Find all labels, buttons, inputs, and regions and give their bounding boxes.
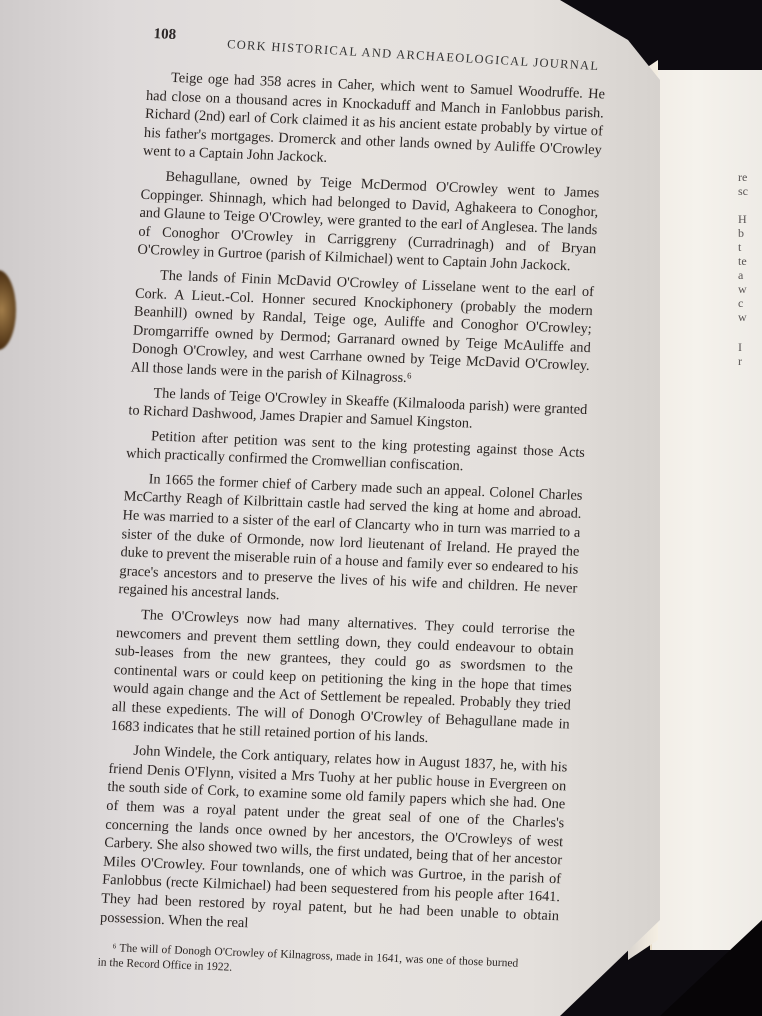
- right-page-text-fragment: a: [738, 268, 743, 282]
- paragraph: John Windele, the Cork antiquary, relate…: [100, 741, 568, 944]
- right-page-text-fragment: I: [738, 340, 742, 354]
- right-page-text-fragment: b: [738, 226, 744, 240]
- photo-scene: re sc H b t te a w c w I r 108 CORK HIST…: [0, 0, 762, 1016]
- body-text: Teige oge had 358 acres in Caher, which …: [97, 68, 605, 988]
- right-page-text-fragment: te: [738, 254, 747, 268]
- page-number: 108: [153, 26, 176, 44]
- paragraph: In 1665 the former chief of Carbery made…: [118, 469, 583, 617]
- right-page-text-fragment: w: [738, 282, 747, 296]
- right-page-text-fragment: r: [738, 354, 742, 368]
- running-head: CORK HISTORICAL AND ARCHAEOLOGICAL JOURN…: [227, 37, 600, 74]
- right-page-text-fragment: t: [738, 240, 741, 254]
- right-page-text-fragment: w: [738, 310, 747, 324]
- right-page-text-fragment: H: [738, 212, 747, 226]
- right-page-text-fragment: c: [738, 296, 743, 310]
- page-text-block: 108 CORK HISTORICAL AND ARCHAEOLOGICAL J…: [150, 26, 620, 44]
- right-page-text-fragment: sc: [738, 184, 748, 198]
- paragraph: The lands of Finin McDavid O'Crowley of …: [130, 266, 594, 395]
- paragraph: The O'Crowleys now had many alternatives…: [110, 605, 575, 753]
- footnote: ⁶ The will of Donogh O'Crowley of Kilnag…: [97, 941, 518, 987]
- paragraph: Behagullane, owned by Teige McDermod O'C…: [137, 167, 600, 277]
- right-page: re sc H b t te a w c w I r: [650, 70, 762, 950]
- paragraph: Teige oge had 358 acres in Caher, which …: [142, 68, 605, 178]
- right-page-text-fragment: re: [738, 170, 747, 184]
- left-page: 108 CORK HISTORICAL AND ARCHAEOLOGICAL J…: [0, 0, 660, 1016]
- thumb: [0, 270, 16, 350]
